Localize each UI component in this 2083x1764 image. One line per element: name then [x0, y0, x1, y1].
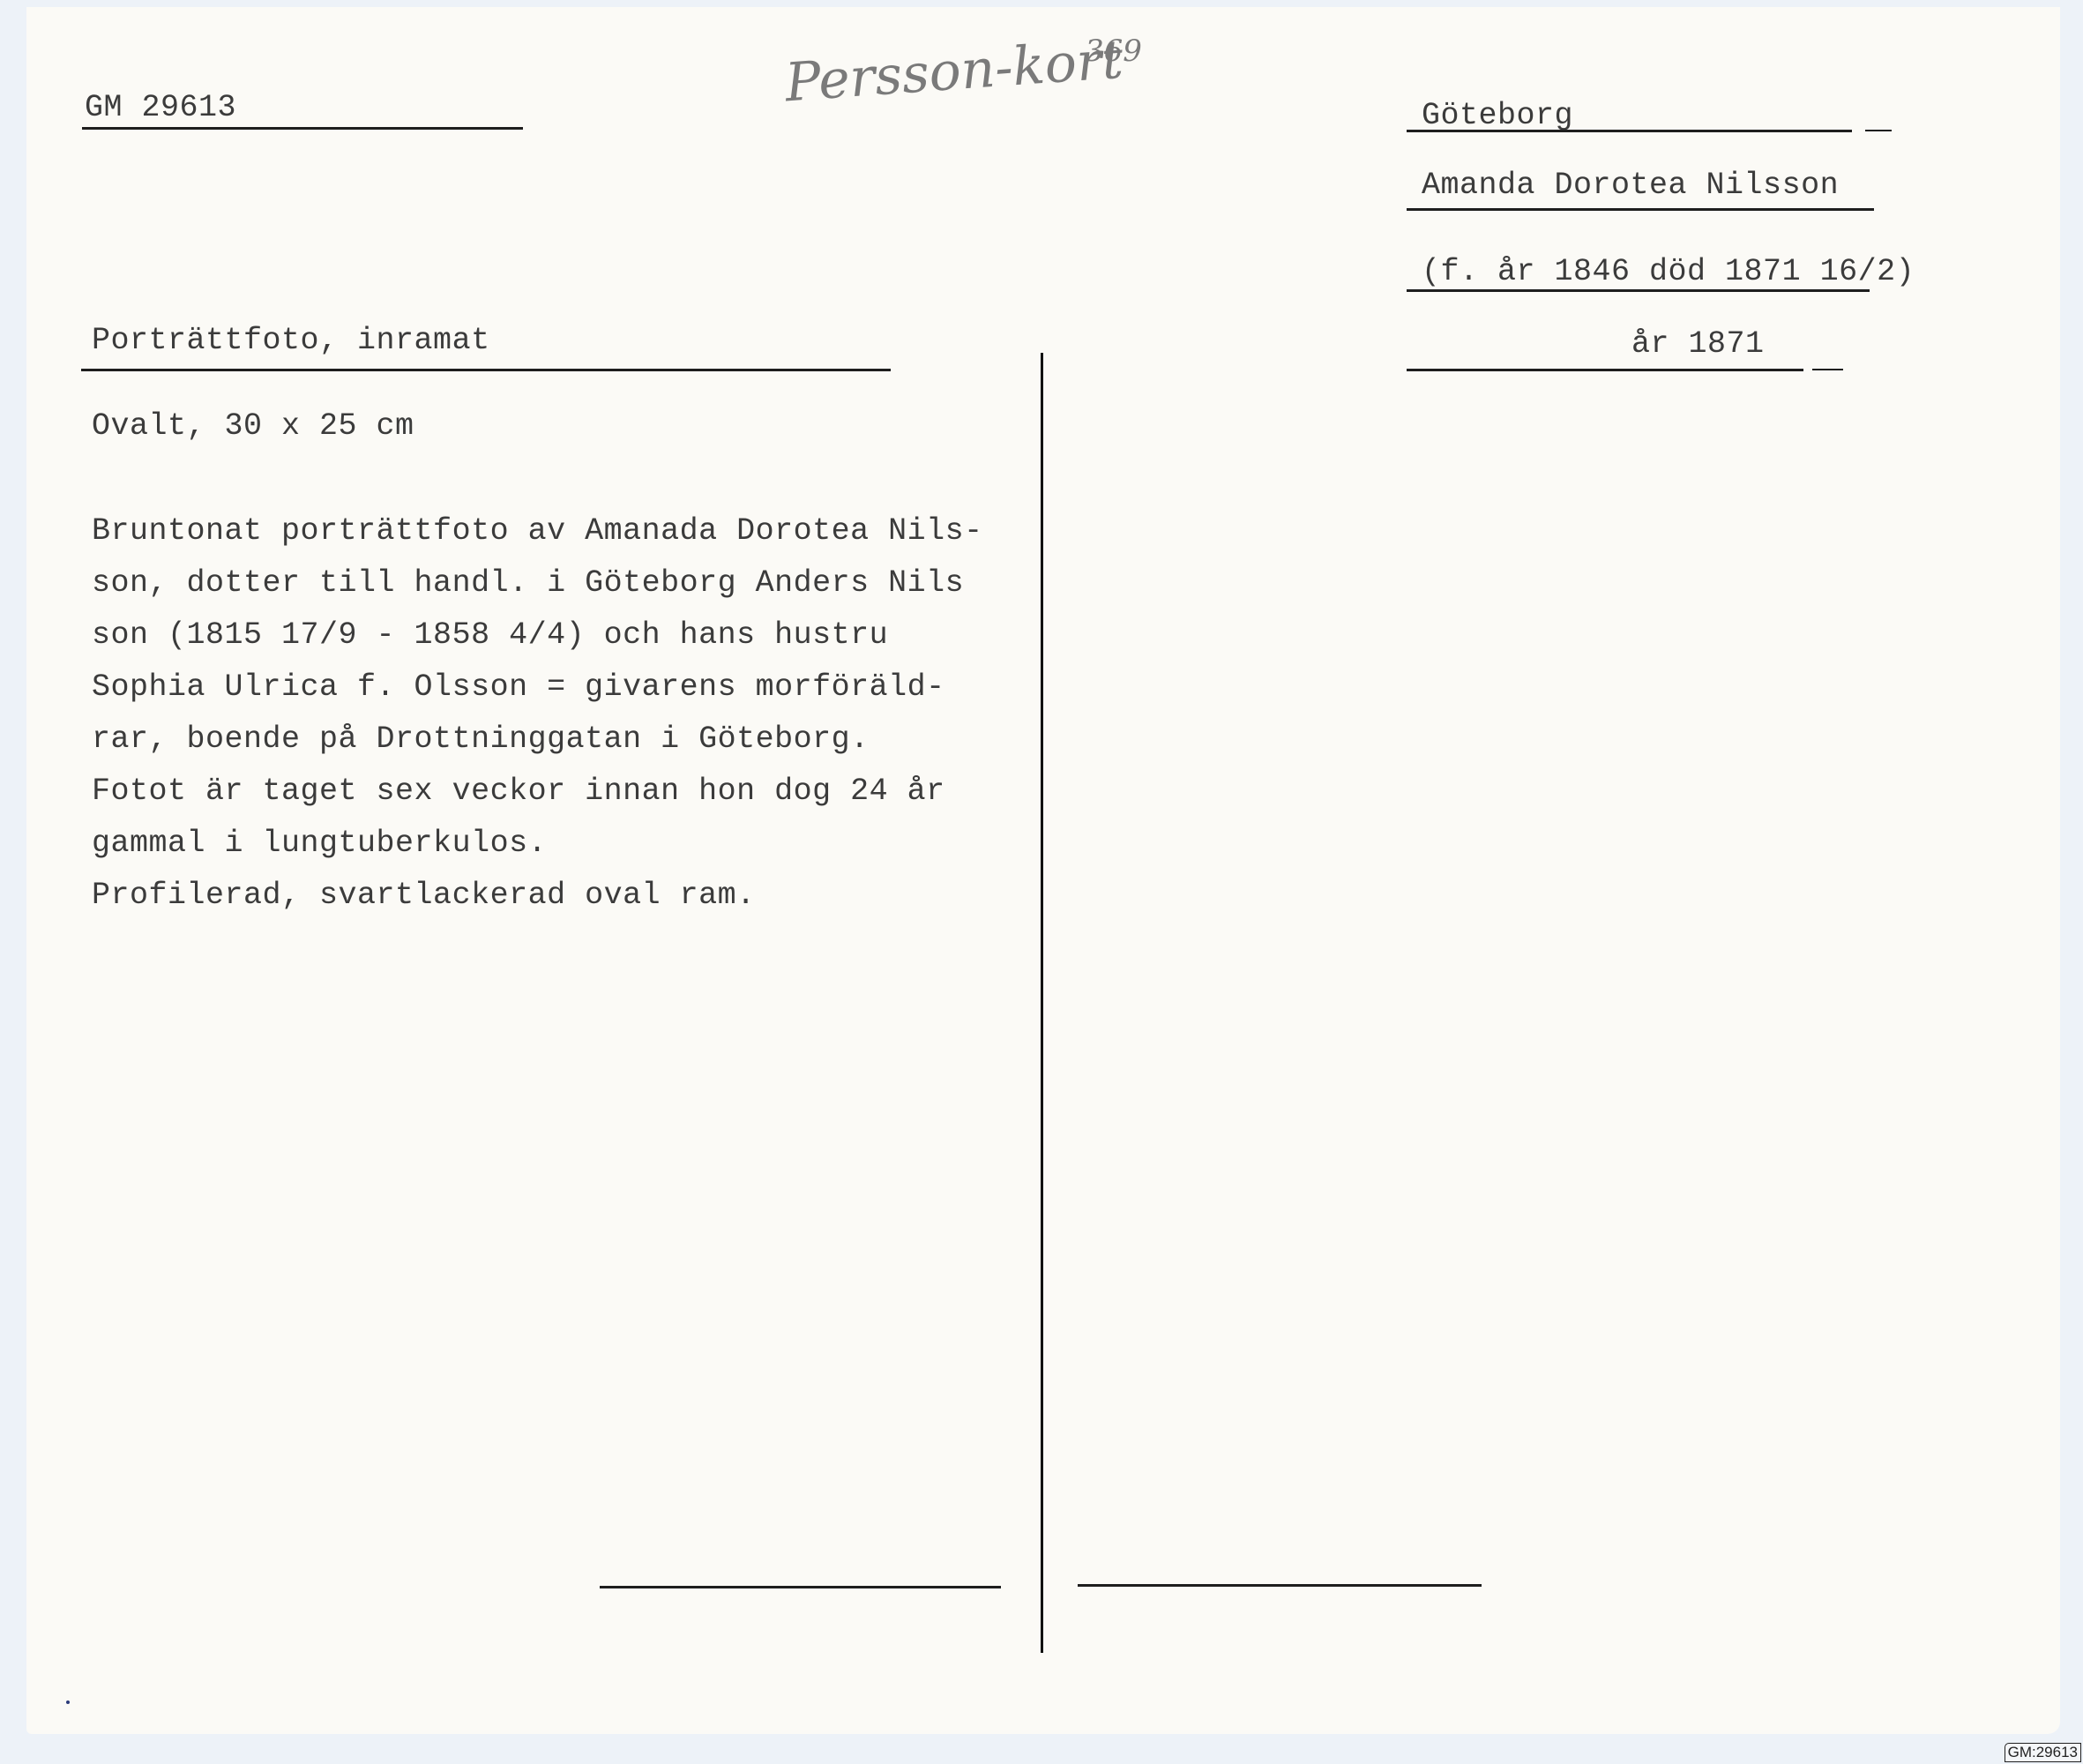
description-line: rar, boende på Drottninggatan i Göteborg…	[92, 721, 870, 757]
signature-line-right	[1078, 1584, 1482, 1587]
description-line: Profilerad, svartlackerad oval ram.	[92, 878, 756, 913]
year-underline	[1407, 369, 1803, 371]
place-underline	[1407, 130, 1852, 132]
place: Göteborg	[1422, 98, 1573, 133]
year-underline-tail	[1812, 369, 1843, 370]
object-type: Porträttfoto, inramat	[92, 323, 490, 358]
dimensions: Ovalt, 30 x 25 cm	[92, 408, 414, 444]
description-line: son (1815 17/9 - 1858 4/4) och hans hust…	[92, 617, 888, 653]
description-line: gammal i lungtuberkulos.	[92, 826, 547, 861]
year: år 1871	[1631, 326, 1765, 362]
handwritten-number: 369	[1085, 34, 1142, 69]
image-id-label: GM:29613	[2005, 1743, 2081, 1762]
description-line: Fotot är taget sex veckor innan hon dog …	[92, 774, 945, 809]
catalog-card: GM 29613 Persson-kort 369 Göteborg Amand…	[26, 7, 2060, 1734]
signature-line-left	[600, 1586, 1001, 1588]
inventory-number-underline	[82, 127, 523, 130]
life-dates: (f. år 1846 död 1871 16/2)	[1422, 254, 1915, 289]
person-name: Amanda Dorotea Nilsson	[1422, 168, 1839, 203]
object-type-underline	[81, 369, 891, 371]
life-dates-underline	[1407, 289, 1870, 292]
ink-speck	[66, 1700, 70, 1704]
description-line: Bruntonat porträttfoto av Amanada Dorote…	[92, 513, 983, 549]
place-underline-tail	[1865, 130, 1892, 131]
person-name-underline	[1407, 208, 1874, 211]
description-line: Sophia Ulrica f. Olsson = givarens morfö…	[92, 669, 945, 705]
column-divider	[1041, 353, 1043, 1653]
handwritten-note: Persson-kort	[783, 29, 1125, 115]
inventory-number: GM 29613	[85, 90, 236, 125]
description-line: son, dotter till handl. i Göteborg Ander…	[92, 565, 964, 601]
